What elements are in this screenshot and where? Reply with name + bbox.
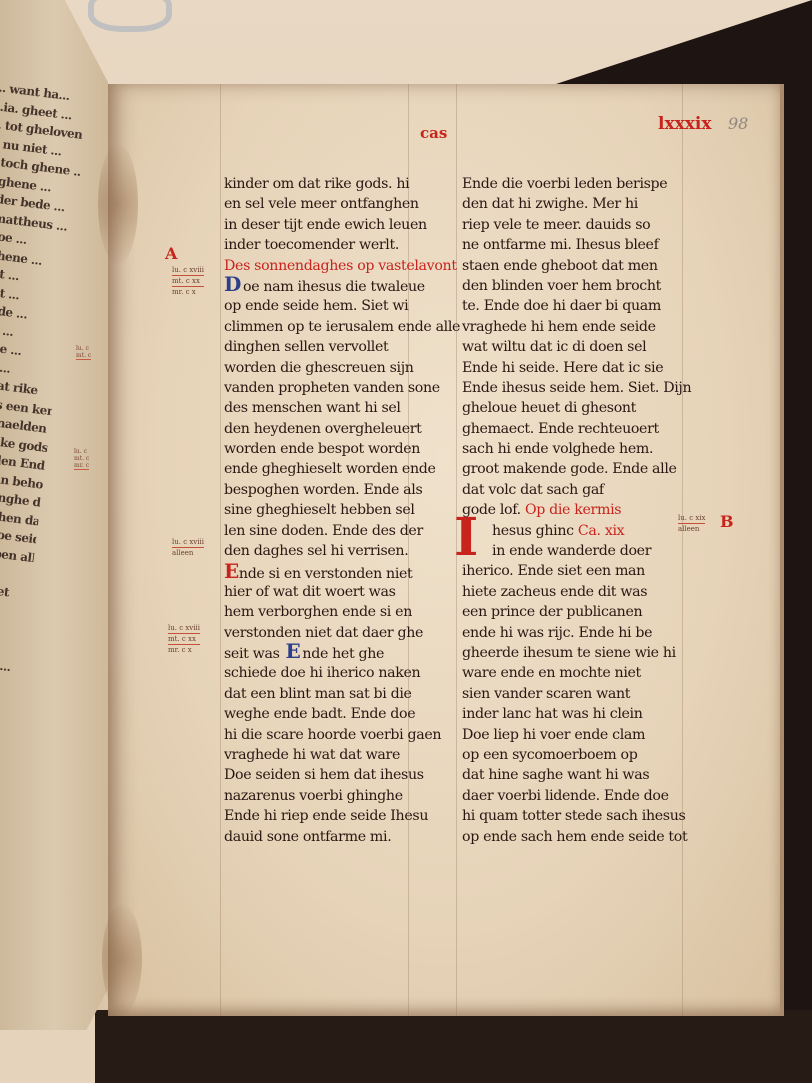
line-text: daer voerbi lidende. Ende doe (462, 788, 669, 804)
line-text: weghe ende badt. Ende doe (224, 706, 415, 722)
text-line: verstonden niet dat daer ghe (224, 623, 434, 643)
line-text: ghemaect. Ende rechteuoert (462, 421, 659, 437)
text-line: inder toecomender werlt. (224, 235, 434, 255)
line-text-continued: nde het ghe (302, 646, 384, 662)
text-line: op een sycomoerboem op (462, 745, 684, 765)
left-margin-note-1: lu. c mt. c (76, 345, 91, 360)
note-line: lu. c (76, 345, 91, 352)
line-text: Doe liep hi voer ende clam (462, 727, 645, 743)
text-line: des menschen want hi sel (224, 398, 434, 418)
text-line: hiete zacheus ende dit was (462, 582, 684, 602)
text-line: dat hine saghe want hi was (462, 765, 684, 785)
line-text: worden ende bespot worden (224, 441, 420, 457)
line-text: hi die scare hoorde voerbi gaen (224, 727, 441, 743)
text-line: Ende si en verstonden niet (224, 561, 434, 581)
text-line: Doe seiden si hem dat ihesus (224, 765, 434, 785)
text-line: sine gheghieselt hebben sel (224, 500, 434, 520)
text-line: nazarenus voerbi ghinghe (224, 786, 434, 806)
note-line: mt. c xx (168, 635, 196, 643)
decorated-initial-i: I (454, 516, 478, 560)
text-line: dat volc dat sach gaf (462, 480, 684, 500)
line-text: ende hi was rijc. Ende hi be (462, 625, 652, 641)
line-text: in ende wanderde doer (492, 543, 651, 559)
line-text: worden die ghescreuen sijn (224, 360, 414, 376)
left-facing-page: ... want ha......ia. gheet ...... tot gh… (0, 0, 108, 1030)
text-line: Ende hi riep ende seide Ihesu (224, 806, 434, 826)
text-line: op ende seide hem. Siet wi (224, 296, 434, 316)
text-line: in deser tijt ende ewich leuen (224, 215, 434, 235)
text-line: sach hi ende volghede hem. (462, 439, 684, 459)
line-text: den dat hi zwighe. Mer hi (462, 196, 638, 212)
text-line: Ende die voerbi leden berispe (462, 174, 684, 194)
note-line: mt. c (74, 455, 89, 462)
text-line: Doe liep hi voer ende clam (462, 725, 684, 745)
line-text: dat hine saghe want hi was (462, 767, 649, 783)
text-line: hem verborghen ende si en (224, 602, 434, 622)
text-line: staen ende gheboot dat men (462, 256, 684, 276)
line-text: den heydenen overgheleuert (224, 421, 422, 437)
margin-letter-b: B (720, 512, 734, 531)
line-text-continued: Op die kermis (521, 502, 621, 518)
text-line: gheloue heuet di ghesont (462, 398, 684, 418)
text-line: ghemaect. Ende rechteuoert (462, 419, 684, 439)
line-text: in deser tijt ende ewich leuen (224, 217, 427, 233)
text-line: ende hi was rijc. Ende hi be (462, 623, 684, 643)
text-line: op ende sach hem ende seide tot (462, 827, 684, 847)
margin-letter-a: A (165, 244, 177, 263)
text-line: te. Ende doe hi daer bi quam (462, 296, 684, 316)
line-text: staen ende gheboot dat men (462, 258, 658, 274)
line-text: een prince der publicanen (462, 604, 642, 620)
text-line: kinder om dat rike gods. hi (224, 174, 434, 194)
line-text: hem verborghen ende si en (224, 604, 412, 620)
margin-note-2: lu. c xviii alleen (172, 538, 204, 557)
line-text: schiede doe hi iherico naken (224, 665, 420, 681)
running-head-folio-number: lxxxix (658, 114, 711, 134)
text-column-left: kinder om dat rike gods. hien sel vele m… (224, 174, 434, 847)
line-text: op een sycomoerboem op (462, 747, 637, 763)
line-text: den blinden voer hem brocht (462, 278, 661, 294)
left-page-text: ... want ha......ia. gheet ...... tot gh… (0, 78, 91, 677)
text-line: bespoghen worden. Ende als (224, 480, 434, 500)
text-line: Doe nam ihesus die twaleue (224, 276, 434, 296)
line-text: verstonden niet dat daer ghe (224, 625, 423, 641)
text-line: iherico. Ende siet een man (462, 561, 684, 581)
text-line: dinghen sellen vervollet (224, 337, 434, 357)
text-line: daer voerbi lidende. Ende doe (462, 786, 684, 806)
line-text: Ende die voerbi leden berispe (462, 176, 667, 192)
stain (102, 904, 142, 1014)
text-line: vraghede hi hem ende seide (462, 317, 684, 337)
line-text: wat wiltu dat ic di doen sel (462, 339, 646, 355)
line-text: den daghes sel hi verrisen. (224, 543, 408, 559)
initial-letter: D (224, 276, 241, 292)
line-text: nde si en verstonden niet (239, 566, 413, 582)
line-text: hi quam totter stede sach ihesus (462, 808, 685, 824)
text-line: groot makende gode. Ende alle (462, 459, 684, 479)
line-text: en sel vele meer ontfanghen (224, 196, 419, 212)
note-line: mt. c (76, 352, 91, 359)
text-line: ne ontfarme mi. Ihesus bleef (462, 235, 684, 255)
line-text: iherico. Ende siet een man (462, 563, 645, 579)
text-line: in ende wanderde doer (462, 541, 684, 561)
text-line: riep vele te meer. dauids so (462, 215, 684, 235)
line-text: nazarenus voerbi ghinghe (224, 788, 403, 804)
line-text: climmen op te ierusalem ende alle (224, 319, 460, 335)
line-text: op ende sach hem ende seide tot (462, 829, 687, 845)
text-line: Ende ihesus seide hem. Siet. Dijn (462, 378, 684, 398)
margin-note-3: lu. c xviii mt. c xx mr. c x (168, 624, 200, 654)
text-line: Des sonnendaghes op vastelavont (224, 256, 434, 276)
line-text: vanden propheten vanden sone (224, 380, 440, 396)
line-text: sine gheghieselt hebben sel (224, 502, 415, 518)
line-text: riep vele te meer. dauids so (462, 217, 650, 233)
line-text: sach hi ende volghede hem. (462, 441, 653, 457)
line-text: vraghede hi wat dat ware (224, 747, 400, 763)
text-line: inder lanc hat was hi clein (462, 704, 684, 724)
line-text: dinghen sellen vervollet (224, 339, 388, 355)
text-line: gode lof. Op die kermis (462, 500, 684, 520)
note-line: mr. c x (172, 288, 196, 296)
text-line: weghe ende badt. Ende doe (224, 704, 434, 724)
ruling-line (220, 84, 221, 1016)
text-line: hi quam totter stede sach ihesus (462, 806, 684, 826)
line-text: oe nam ihesus die twaleue (243, 279, 425, 295)
line-text: Ende ihesus seide hem. Siet. Dijn (462, 380, 691, 396)
note-line: lu. c xviii (172, 538, 204, 546)
text-line: den dat hi zwighe. Mer hi (462, 194, 684, 214)
line-text: inder lanc hat was hi clein (462, 706, 643, 722)
running-head-center: cas (420, 124, 447, 142)
text-line: vanden propheten vanden sone (224, 378, 434, 398)
line-text: inder toecomender werlt. (224, 237, 399, 253)
line-text: des menschen want hi sel (224, 400, 401, 416)
dark-cloth-lower (90, 1010, 812, 1083)
text-line: dat een blint man sat bi die (224, 684, 434, 704)
text-line: en sel vele meer ontfanghen (224, 194, 434, 214)
note-line: mt. c xx (172, 277, 200, 285)
line-text: ne ontfarme mi. Ihesus bleef (462, 237, 659, 253)
text-line: den heydenen overgheleuert (224, 419, 434, 439)
text-line: wat wiltu dat ic di doen sel (462, 337, 684, 357)
line-text: Ende hi riep ende seide Ihesu (224, 808, 428, 824)
line-text: sien vander scaren want (462, 686, 630, 702)
line-text: dat volc dat sach gaf (462, 482, 604, 498)
note-line: alleen (172, 549, 193, 557)
text-line: sien vander scaren want (462, 684, 684, 704)
note-line: mr. c x (168, 646, 192, 654)
text-line: ende gheghieselt worden ende (224, 459, 434, 479)
line-text: vraghede hi hem ende seide (462, 319, 656, 335)
text-line: worden die ghescreuen sijn (224, 358, 434, 378)
text-line: vraghede hi wat dat ware (224, 745, 434, 765)
line-text: Des sonnendaghes op vastelavont (224, 258, 457, 274)
margin-note-1: lu. c xviii mt. c xx mr. c x (172, 266, 204, 296)
text-line: len sine doden. Ende des der (224, 521, 434, 541)
pencil-folio-number: 98 (728, 114, 748, 133)
text-line: hier of wat dit woert was (224, 582, 434, 602)
note-line: lu. c xviii (168, 624, 200, 632)
text-line: worden ende bespot worden (224, 439, 434, 459)
ring-object (88, 0, 172, 32)
line-text-continued: Ca. xix (574, 523, 625, 539)
left-margin-note-2: lu. c mt. c mr. c (74, 448, 89, 470)
line-text: hier of wat dit woert was (224, 584, 396, 600)
text-line: climmen op te ierusalem ende alle (224, 317, 434, 337)
text-line: ware ende en mochte niet (462, 663, 684, 683)
line-text: gheloue heuet di ghesont (462, 400, 636, 416)
line-text: ware ende en mochte niet (462, 665, 641, 681)
line-text: len sine doden. Ende des der (224, 523, 423, 539)
text-line: seit wasEnde het ghe (224, 643, 434, 663)
text-line: den daghes sel hi verrisen. (224, 541, 434, 561)
text-line: dauid sone ontfarme mi. (224, 827, 434, 847)
line-text: ende gheghieselt worden ende (224, 461, 436, 477)
text-line: een prince der publicanen (462, 602, 684, 622)
line-text: hiete zacheus ende dit was (462, 584, 647, 600)
text-line: Ende hi seide. Here dat ic sie (462, 358, 684, 378)
text-line: den blinden voer hem brocht (462, 276, 684, 296)
line-text: op ende seide hem. Siet wi (224, 298, 408, 314)
line-text: Doe seiden si hem dat ihesus (224, 767, 424, 783)
line-text: bespoghen worden. Ende als (224, 482, 422, 498)
line-text: hesus ghinc (492, 523, 574, 539)
line-text: dauid sone ontfarme mi. (224, 829, 391, 845)
line-text: gheerde ihesum te siene wie hi (462, 645, 676, 661)
line-text: te. Ende doe hi daer bi quam (462, 298, 661, 314)
note-line: lu. c xviii (172, 266, 204, 274)
note-line: lu. c (74, 448, 89, 455)
text-line: hi die scare hoorde voerbi gaen (224, 725, 434, 745)
text-column-right: Ende die voerbi leden berispeden dat hi … (462, 174, 684, 847)
initial-letter: E (286, 643, 301, 659)
text-line: gheerde ihesum te siene wie hi (462, 643, 684, 663)
line-text: Ende hi seide. Here dat ic sie (462, 360, 663, 376)
initial-letter: E (224, 559, 239, 583)
text-line: schiede doe hi iherico naken (224, 663, 434, 683)
line-text: seit was (224, 646, 280, 662)
line-text: dat een blint man sat bi die (224, 686, 412, 702)
line-text: groot makende gode. Ende alle (462, 461, 677, 477)
note-line: mr. c (74, 462, 89, 469)
line-text: kinder om dat rike gods. hi (224, 176, 409, 192)
manuscript-folio: cas lxxxix 98 A B lu. c xviii mt. c xx m… (108, 84, 784, 1016)
text-line: hesus ghinc Ca. xix (462, 521, 684, 541)
stain (98, 144, 138, 264)
